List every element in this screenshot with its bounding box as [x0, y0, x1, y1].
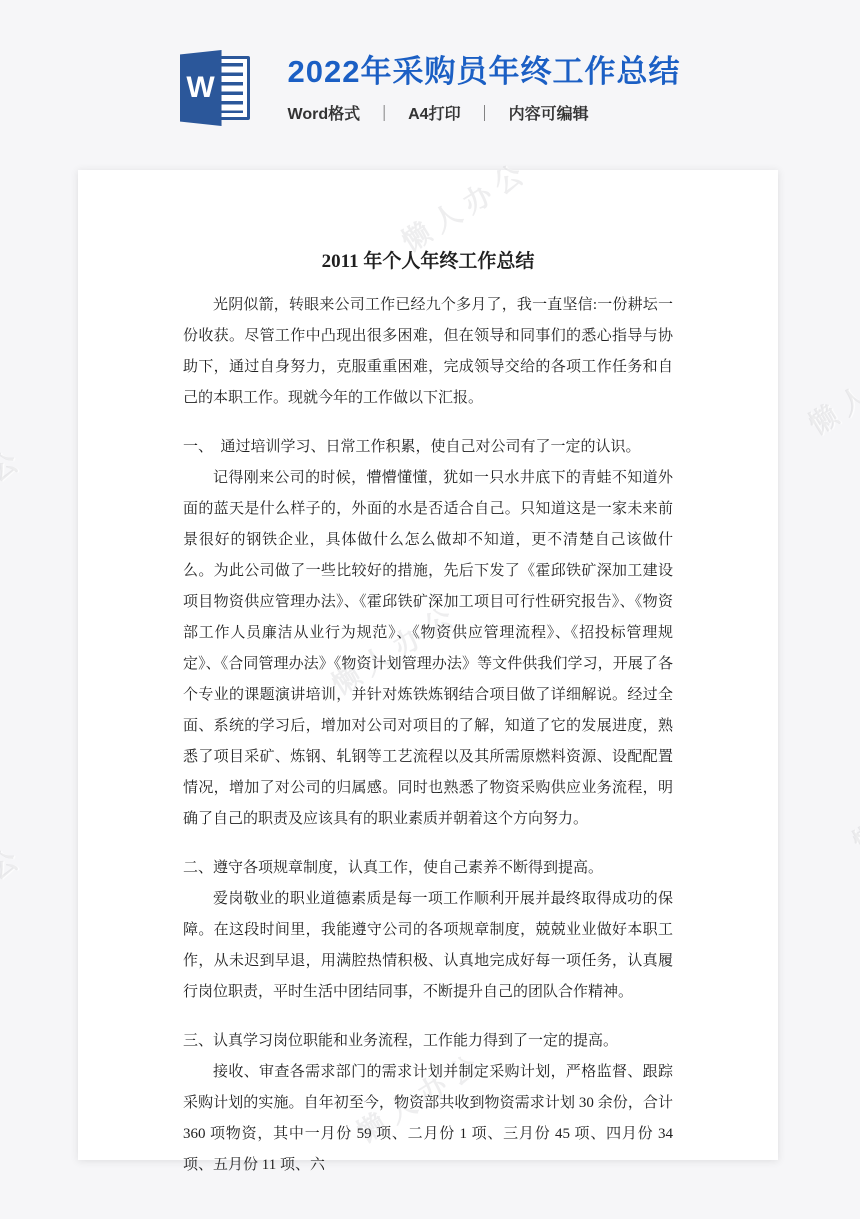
header: W 2022年采购员年终工作总结 Word格式 ｜ A4打印 ｜ 内容可编辑	[0, 0, 860, 126]
feature-editable: 内容可编辑	[509, 101, 589, 124]
doc-paragraph-intro: 光阴似箭，转眼来公司工作已经九个多月了，我一直坚信:一份耕坛一份收获。尽管工作中…	[183, 290, 673, 414]
document-preview-canvas: W 2022年采购员年终工作总结 Word格式 ｜ A4打印 ｜ 内容可编辑 2…	[0, 0, 860, 1219]
header-text: 2022年采购员年终工作总结 Word格式 ｜ A4打印 ｜ 内容可编辑	[288, 53, 681, 124]
feature-separator: ｜	[477, 101, 493, 124]
word-icon-letter: W	[186, 71, 214, 105]
watermark: 懒人办公	[0, 437, 32, 547]
document-title: 2011 年个人年终工作总结	[183, 242, 673, 282]
doc-section-heading-1: 一、 通过培训学习、日常工作积累，使自己对公司有了一定的认识。	[183, 432, 673, 463]
doc-paragraph-section-3: 接收、审查各需求部门的需求计划并制定采购计划，严格监督、跟踪采购计划的实施。自年…	[183, 1057, 673, 1181]
page-title: 2022年采购员年终工作总结	[288, 53, 681, 91]
word-document-icon: W	[180, 50, 250, 126]
feature-separator: ｜	[376, 101, 392, 124]
doc-section-heading-2: 二、遵守各项规章制度，认真工作，使自己素养不断得到提高。	[183, 853, 673, 884]
document-content: 2011 年个人年终工作总结 光阴似箭，转眼来公司工作已经九个多月了，我一直坚信…	[78, 170, 778, 1181]
doc-paragraph-section-1: 记得刚来公司的时候，懵懵懂懂，犹如一只水井底下的青蛙不知道外面的蓝天是什么样子的…	[183, 463, 673, 835]
feature-word-format: Word格式	[288, 101, 361, 124]
document-page: 2011 年个人年终工作总结 光阴似箭，转眼来公司工作已经九个多月了，我一直坚信…	[78, 170, 778, 1160]
feature-list: Word格式 ｜ A4打印 ｜ 内容可编辑	[288, 101, 681, 124]
doc-paragraph-section-2: 爱岗敬业的职业道德素质是每一项工作顺利开展并最终取得成功的保障。在这段时间里，我…	[183, 884, 673, 1008]
watermark: 懒人办公	[844, 751, 860, 861]
watermark: 懒人办公	[800, 333, 860, 443]
feature-a4-print: A4打印	[408, 101, 460, 124]
doc-section-heading-3: 三、认真学习岗位职能和业务流程，工作能力得到了一定的提高。	[183, 1026, 673, 1057]
watermark: 懒人办公	[0, 835, 32, 945]
word-icon-panel: W	[180, 50, 222, 126]
